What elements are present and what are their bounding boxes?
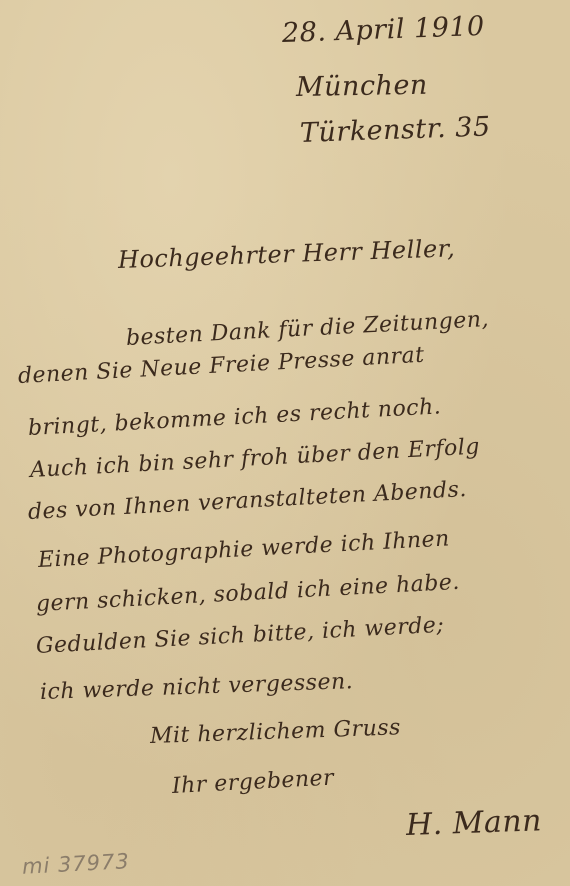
letter-address: Türkenstr. 35: [299, 111, 491, 149]
body-line: Eine Photographie werde ich Ihnen: [37, 526, 450, 573]
body-line: Gedulden Sie sich bitte, ich werde;: [35, 613, 445, 659]
signature: H. Mann: [405, 803, 542, 843]
body-line: ich werde nicht vergessen.: [40, 669, 354, 705]
salutation: Hochgeehrter Herr Heller,: [118, 234, 456, 274]
letter-date: 28. April 1910: [281, 11, 485, 49]
body-line: des von Ihnen veranstalteten Abends.: [27, 477, 467, 525]
body-line: bringt, bekomme ich es recht noch.: [27, 394, 441, 441]
body-line: denen Sie Neue Freie Presse anrat: [17, 343, 425, 389]
pencil-archive-note: mi 37973: [21, 849, 130, 879]
body-line: besten Dank für die Zeitungen,: [125, 307, 489, 351]
letter-page: 28. April 1910 München Türkenstr. 35 Hoc…: [0, 0, 570, 886]
letter-city: München: [296, 70, 428, 103]
body-line: gern schicken, sobald ich eine habe.: [35, 570, 460, 617]
closing-valediction: Ihr ergebener: [171, 766, 334, 799]
closing-greeting: Mit herzlichem Gruss: [150, 715, 402, 749]
body-line: Auch ich bin sehr froh über den Erfolg: [29, 434, 480, 483]
